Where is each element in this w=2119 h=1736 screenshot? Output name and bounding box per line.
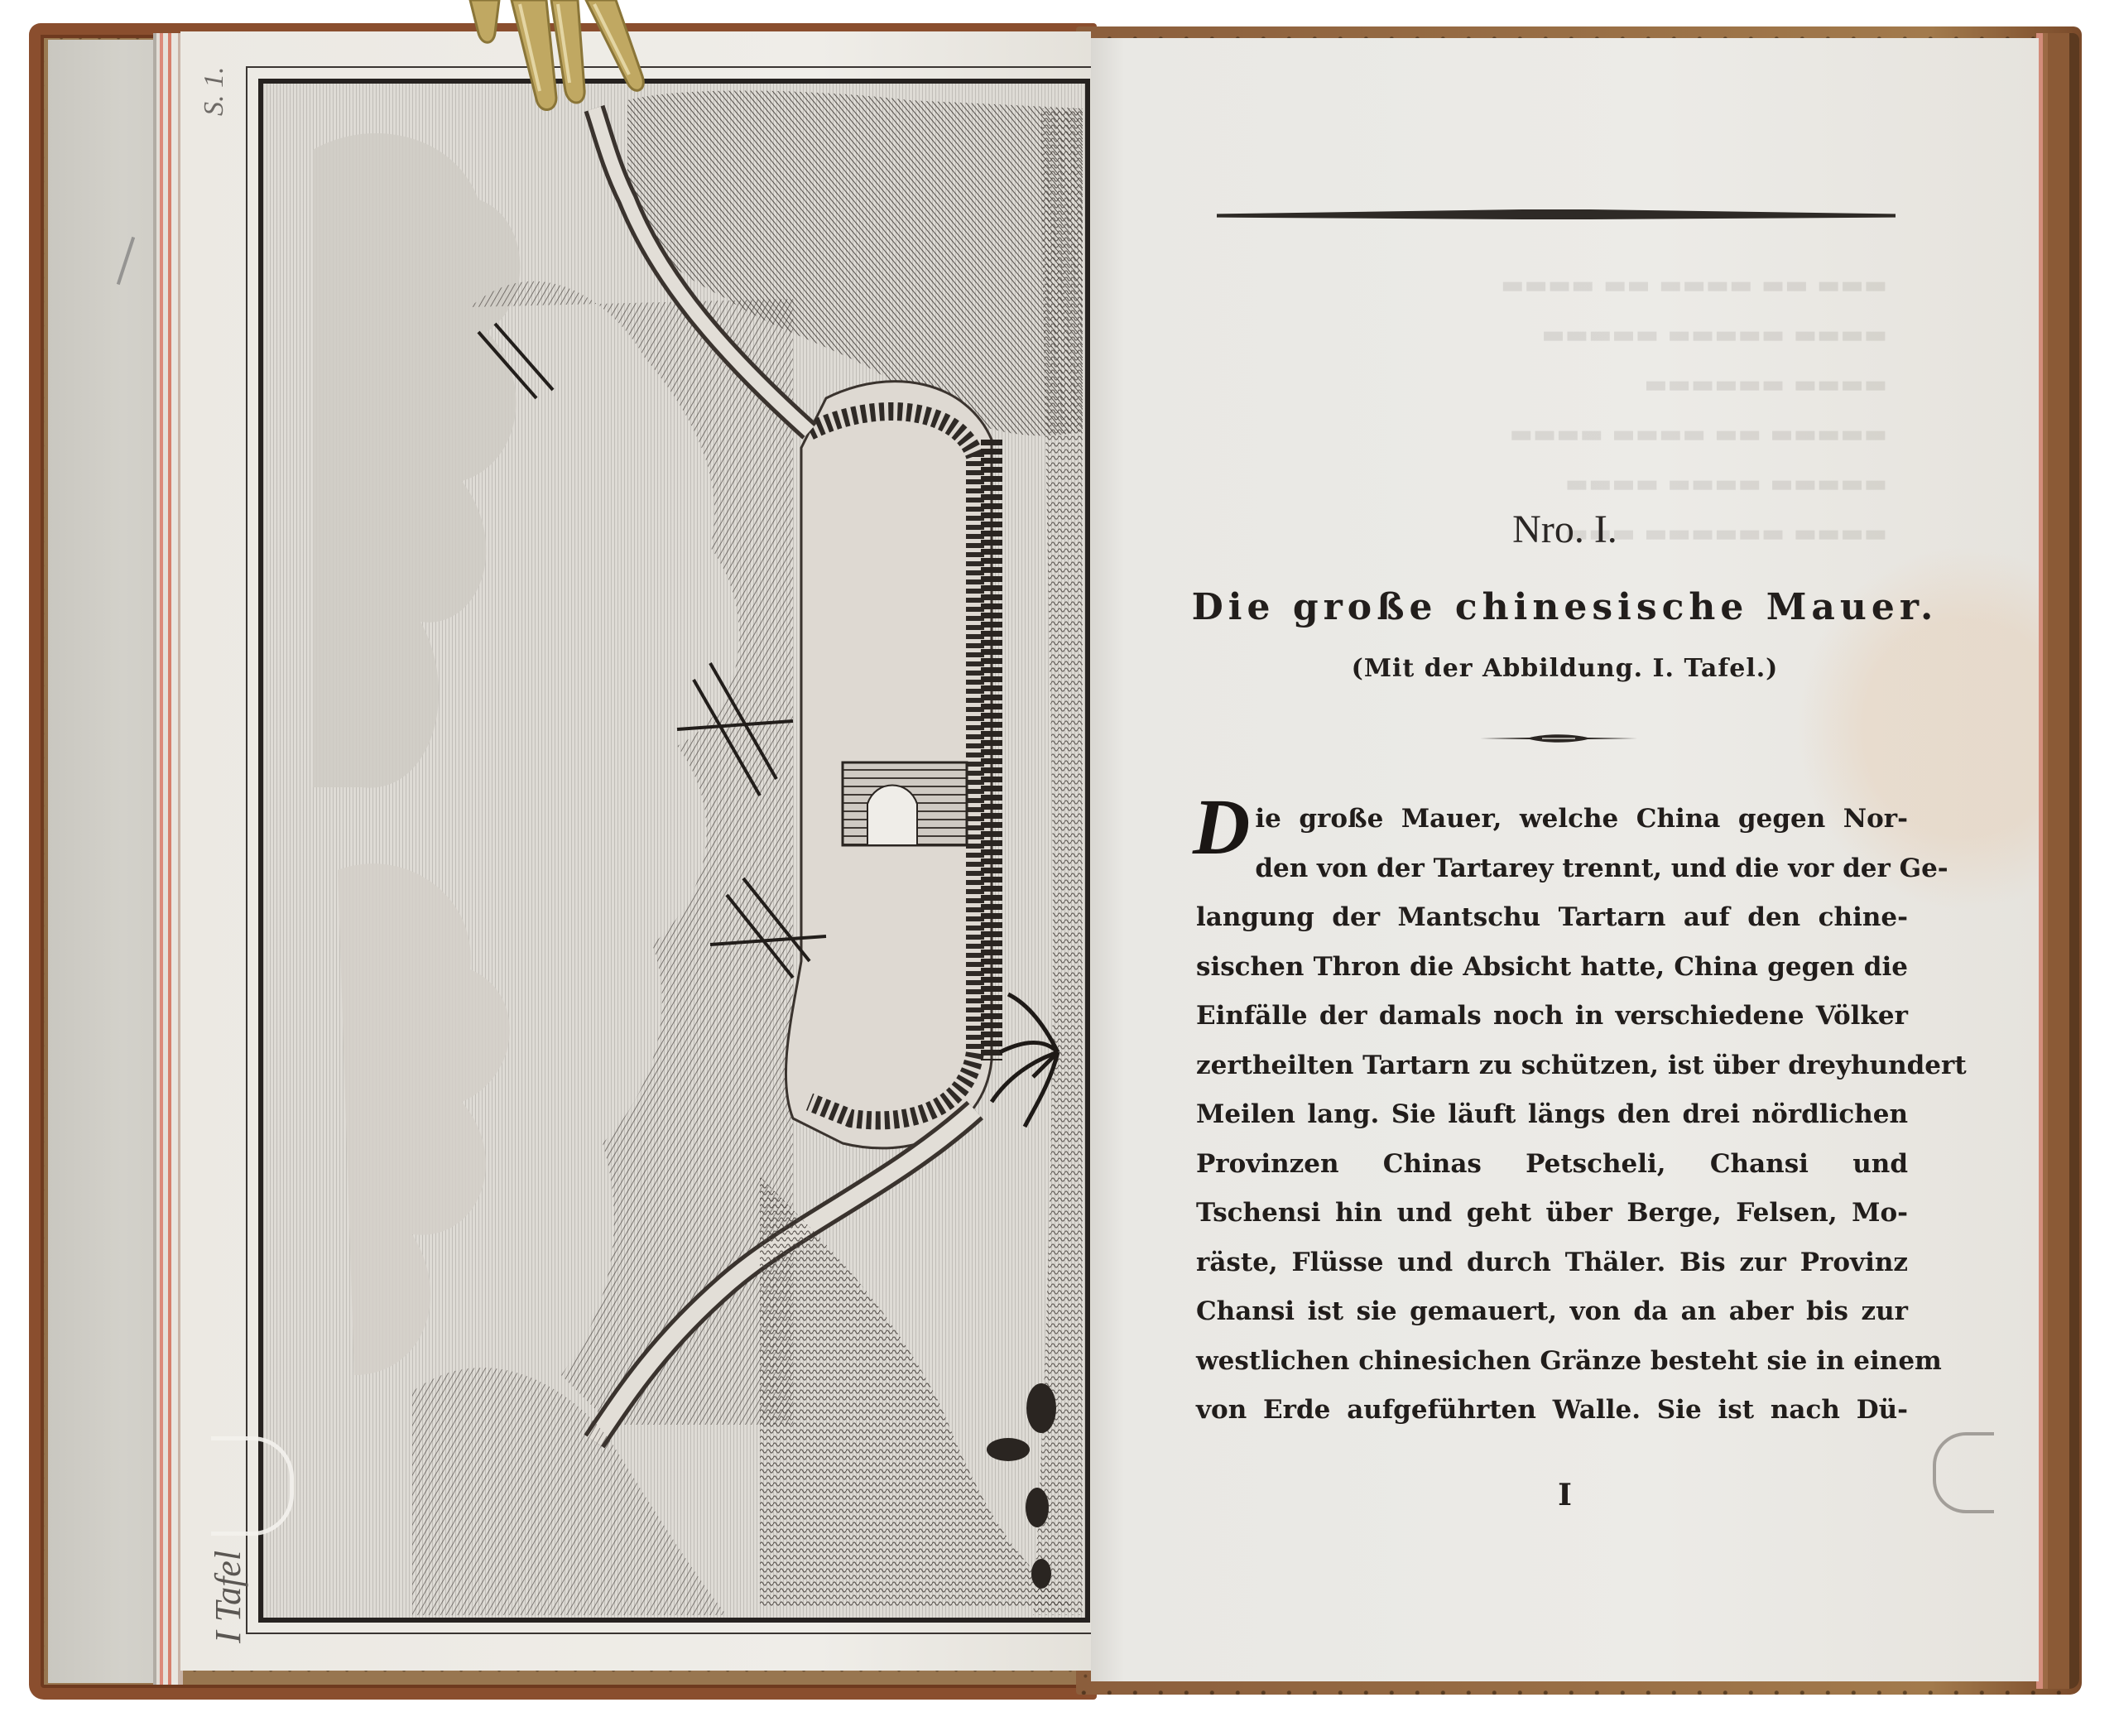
body-line: den von der Tartarey trennt, und die vor… xyxy=(1196,844,1908,894)
chapter-title: Die große chinesische Mauer. xyxy=(1091,586,2039,628)
drop-cap: D xyxy=(1193,798,1250,856)
body-line: langung der Mantschu Tartarn auf den chi… xyxy=(1196,893,1908,943)
sewing-thread xyxy=(211,1436,294,1536)
sewing-thread xyxy=(1933,1432,1994,1513)
body-paragraph: D ie große Mauer, welche China gegen Nor… xyxy=(1196,795,1908,1435)
brass-page-clip xyxy=(454,0,677,120)
ornament-divider xyxy=(1480,733,1637,743)
page-number: I xyxy=(1091,1478,2039,1512)
text-block-edge-right xyxy=(2036,33,2079,1689)
body-line: Meilen lang. Sie läuft längs den drei nö… xyxy=(1196,1090,1908,1140)
engraving-illustration xyxy=(263,84,1085,1618)
plate-margin-note-page-ref: S. 1. xyxy=(199,67,230,117)
plate-margin-note-tafel: I Tafel xyxy=(207,1551,249,1643)
body-line: westlichen chinesichen Gränze besteht si… xyxy=(1196,1337,1908,1387)
body-line: Provinzen Chinas Petscheli, Chansi und xyxy=(1196,1140,1908,1190)
body-line: Chansi ist sie gemauert, von da an aber … xyxy=(1196,1287,1908,1337)
body-line: ie große Mauer, welche China gegen Nor- xyxy=(1196,795,1908,844)
body-line: sischen Thron die Absicht hatte, China g… xyxy=(1196,943,1908,993)
red-edged-flyleaves xyxy=(153,33,183,1685)
body-line: von Erde aufgeführten Walle. Sie ist nac… xyxy=(1196,1386,1908,1435)
body-line: räste, Flüsse und durch Thäler. Bis zur … xyxy=(1196,1238,1908,1288)
chapter-subtitle: (Mit der Abbildung. I. Tafel.) xyxy=(1091,654,2039,683)
engraving-great-wall xyxy=(258,79,1090,1623)
chapter-number: Nro. I. xyxy=(1091,507,2039,552)
body-line: Tschensi hin und geht über Berge, Felsen… xyxy=(1196,1189,1908,1238)
body-line: zertheilten Tartarn zu schützen, ist übe… xyxy=(1196,1041,1908,1091)
body-line: Einfälle der damals noch in verschiedene… xyxy=(1196,992,1908,1041)
